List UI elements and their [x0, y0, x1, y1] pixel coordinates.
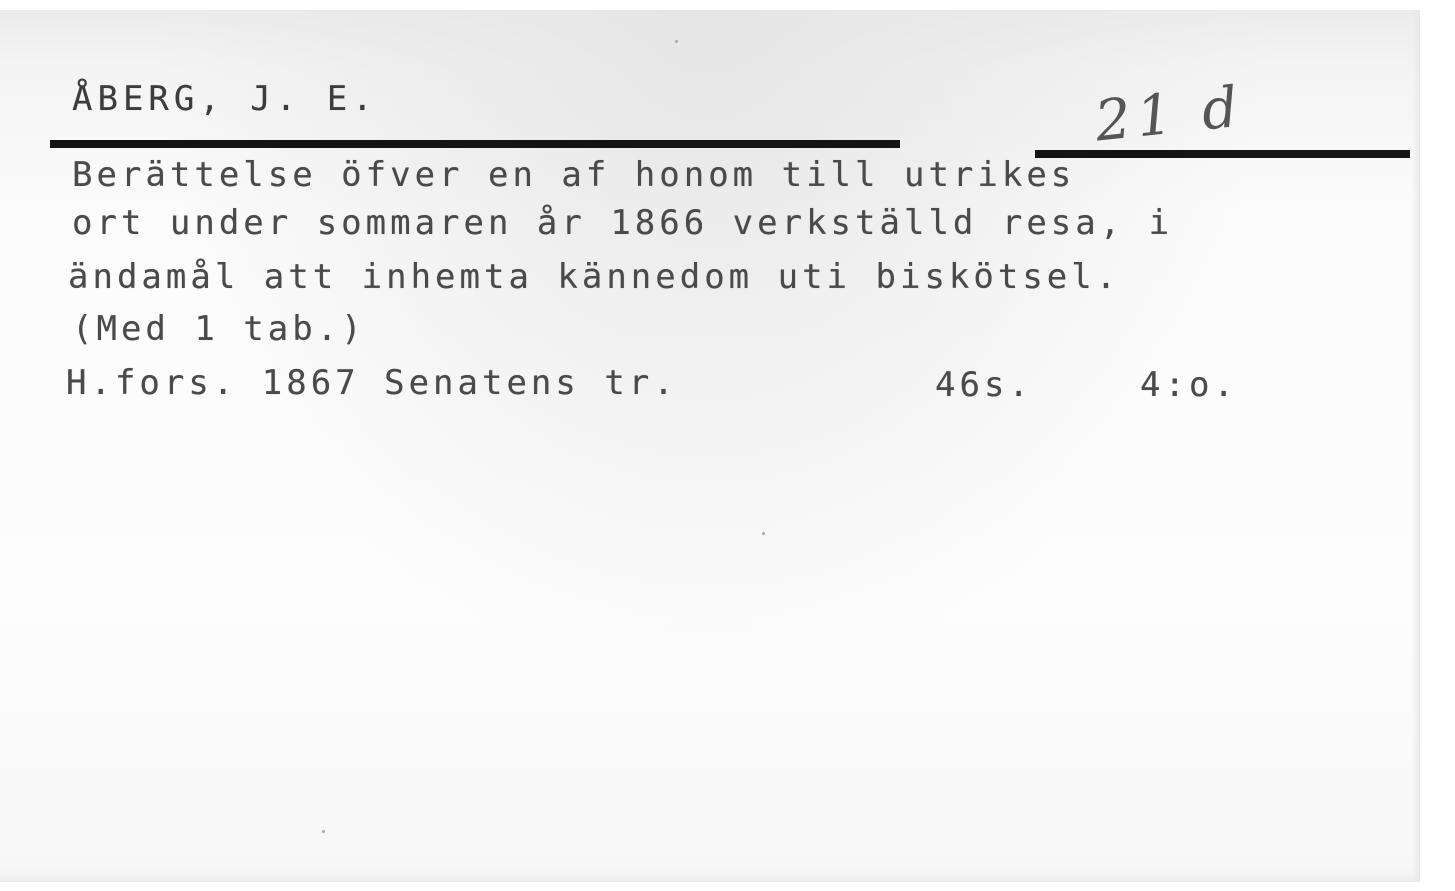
paper-speck — [675, 40, 678, 43]
title-line-3: ändamål att inhemta kännedom uti bisköts… — [68, 260, 1120, 294]
imprint-pages: 46s. — [935, 368, 1033, 402]
title-line-2: ort under sommaren år 1866 verkställd re… — [72, 206, 1173, 240]
author-heading: ÅBERG, J. E. — [72, 82, 378, 116]
shelfmark-handwritten: 21 d — [1092, 74, 1247, 154]
imprint-format: 4:o. — [1140, 368, 1238, 402]
catalog-card: ÅBERG, J. E. 21 d Berättelse öfver en af… — [0, 10, 1420, 882]
heading-rule-right — [1035, 150, 1410, 158]
heading-rule-left — [50, 140, 900, 148]
imprint-place-publisher: H.fors. 1867 Senatens tr. — [66, 366, 678, 400]
note-line: (Med 1 tab.) — [72, 312, 366, 346]
title-line-1: Berättelse öfver en af honom till utrike… — [72, 158, 1075, 192]
paper-speck — [762, 532, 765, 535]
paper-speck — [322, 830, 325, 833]
